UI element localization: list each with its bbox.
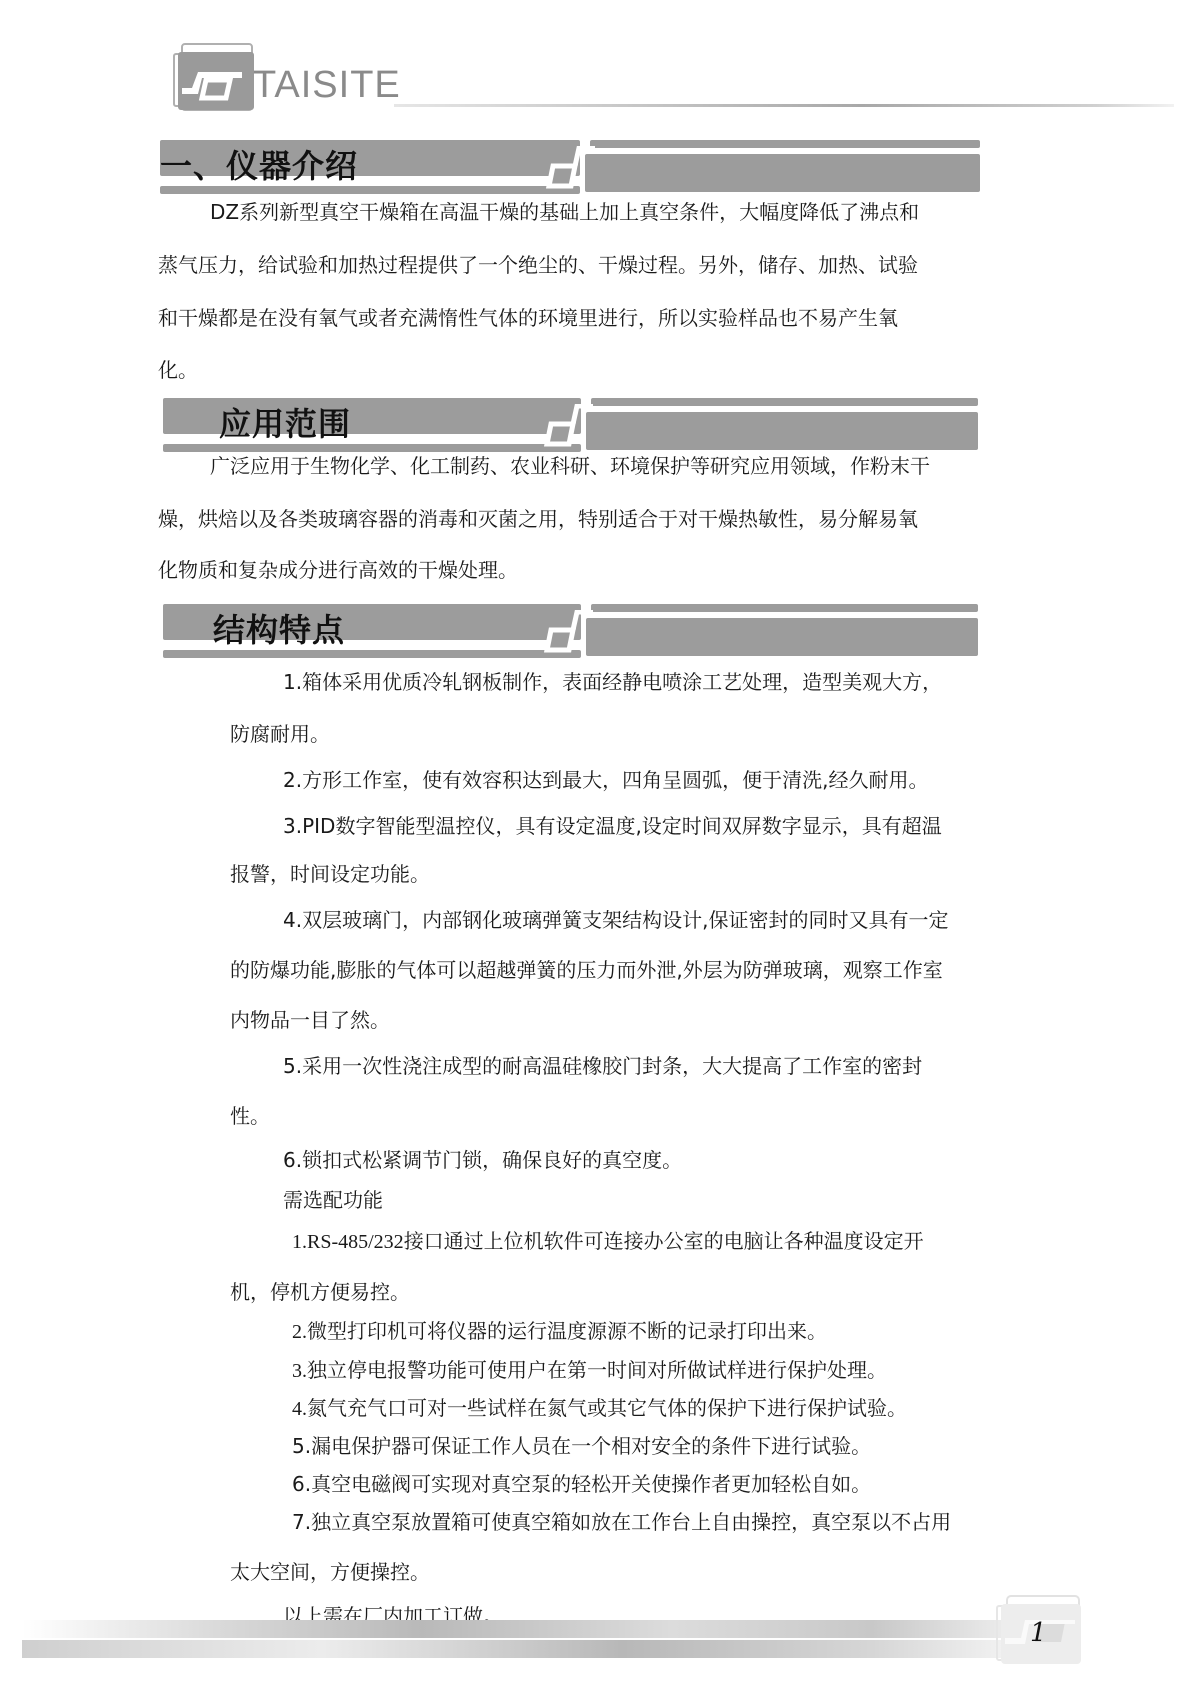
item-text: 微型打印机可将仪器的运行温度源源不断的记录打印出来。 [307, 1319, 827, 1343]
section-banner-features: 结构特点 [163, 604, 978, 656]
feature-line: 4.双层玻璃门，内部钢化玻璃弹簧支架结构设计,保证密封的同时又具有一定 [283, 910, 948, 930]
section-title: 一、仪器介绍 [160, 144, 358, 188]
item-number: 1. [292, 1231, 307, 1253]
optional-item: 7.独立真空泵放置箱可使真空箱如放在工作台上自由操控，真空泵以不占用 [292, 1512, 951, 1532]
interface-name: RS-485/232 [307, 1231, 404, 1253]
item-number: 6. [292, 1472, 311, 1496]
paragraph-line: 化。 [158, 360, 198, 380]
brand-name: TAISITE [253, 66, 401, 104]
paragraph-line: 和干燥都是在没有氧气或者充满惰性气体的环境里进行，所以实验样品也不易产生氧 [158, 308, 898, 328]
feature-line: 防腐耐用。 [230, 724, 330, 744]
item-text: 漏电保护器可保证工作人员在一个相对安全的条件下进行试验。 [311, 1434, 871, 1458]
paragraph-line: DZ系列新型真空干燥箱在高温干燥的基础上加上真空条件，大幅度降低了沸点和 [210, 202, 919, 222]
item-number: 5. [292, 1434, 311, 1458]
section-title: 应用范围 [219, 402, 351, 446]
optional-item: 6.真空电磁阀可实现对真空泵的轻松开关使操作者更加轻松自如。 [292, 1474, 871, 1494]
optional-item: 5.漏电保护器可保证工作人员在一个相对安全的条件下进行试验。 [292, 1436, 871, 1456]
feature-line: 报警，时间设定功能。 [230, 864, 430, 884]
item-text: 独立停电报警功能可使用户在第一时间对所做试样进行保护处理。 [307, 1358, 887, 1382]
paragraph-line: 化物质和复杂成分进行高效的干燥处理。 [158, 560, 518, 580]
banner-mark-icon [545, 146, 595, 192]
item-number: 3. [292, 1360, 307, 1382]
feature-line: 2.方形工作室，使有效容积达到最大，四角呈圆弧，便于清洗,经久耐用。 [283, 770, 928, 790]
feature-line: 性。 [230, 1106, 270, 1126]
optional-item: 1.RS-485/232接口通过上位机软件可连接办公室的电脑让各种温度设定开 [292, 1231, 924, 1252]
item-number: 2. [292, 1321, 307, 1343]
paragraph-line: 广泛应用于生物化学、化工制药、农业科研、环境保护等研究应用领域，作粉末干 [210, 456, 930, 476]
item-text: 氮气充气口可对一些试样在氮气或其它气体的保护下进行保护试验。 [307, 1396, 907, 1420]
item-text: 接口通过上位机软件可连接办公室的电脑让各种温度设定开 [404, 1229, 924, 1253]
optional-item-cont: 机，停机方便易控。 [230, 1282, 410, 1302]
optional-item: 4.氮气充气口可对一些试样在氮气或其它气体的保护下进行保护试验。 [292, 1398, 907, 1419]
paragraph-line: 蒸气压力，给试验和加热过程提供了一个绝尘的、干燥过程。另外，储存、加热、试验 [158, 255, 918, 275]
banner-mark-icon [543, 610, 593, 656]
section-banner-intro: 一、仪器介绍 [160, 140, 980, 192]
optional-item: 3.独立停电报警功能可使用户在第一时间对所做试样进行保护处理。 [292, 1360, 887, 1381]
banner-mark-icon [543, 404, 593, 450]
section-title: 结构特点 [213, 608, 345, 652]
optional-item-cont: 太大空间，方便操控。 [230, 1562, 430, 1582]
footer-bar-top [22, 1620, 1022, 1638]
optional-heading: 需选配功能 [283, 1190, 383, 1210]
feature-line: 1.箱体采用优质冷轧钢板制作，表面经静电喷涂工艺处理，造型美观大方， [283, 672, 942, 692]
paragraph-line: 燥，烘焙以及各类玻璃容器的消毒和灭菌之用，特别适合于对干燥热敏性，易分解易氧 [158, 509, 918, 529]
optional-item: 2.微型打印机可将仪器的运行温度源源不断的记录打印出来。 [292, 1321, 827, 1342]
page-number: 1 [1030, 1618, 1047, 1648]
item-number: 7. [292, 1510, 311, 1534]
item-text: 真空电磁阀可实现对真空泵的轻松开关使操作者更加轻松自如。 [311, 1472, 871, 1496]
item-text: 独立真空泵放置箱可使真空箱如放在工作台上自由操控，真空泵以不占用 [311, 1510, 951, 1534]
footer-bar-bottom [22, 1640, 1022, 1658]
item-number: 4. [292, 1398, 307, 1420]
feature-line: 6.锁扣式松紧调节门锁，确保良好的真空度。 [283, 1150, 682, 1170]
feature-line: 的防爆功能,膨胀的气体可以超越弹簧的压力而外泄,外层为防弹玻璃，观察工作室 [230, 960, 943, 980]
feature-line: 3.PID数字智能型温控仪，具有设定温度,设定时间双屏数字显示，具有超温 [283, 816, 942, 836]
feature-line: 5.采用一次性浇注成型的耐高温硅橡胶门封条，大大提高了工作室的密封 [283, 1056, 922, 1076]
feature-line: 内物品一目了然。 [230, 1010, 390, 1030]
section-banner-applications: 应用范围 [163, 398, 978, 450]
header-divider [394, 104, 1174, 107]
taisite-logo-icon [172, 42, 262, 112]
